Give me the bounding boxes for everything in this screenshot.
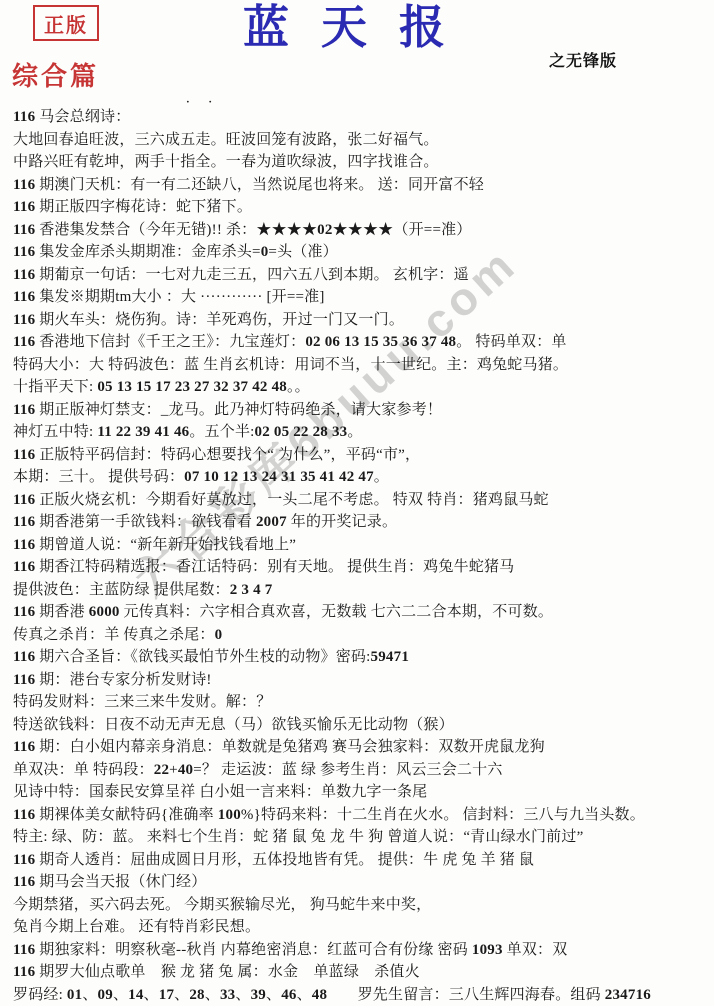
text-line: 116 期正版四字梅花诗：蛇下猪下。 <box>13 196 712 219</box>
text-line: 116 正版火烧玄机：今期看好莫放过，一头二尾不考虑。 特双 特肖：猪鸡鼠马蛇 <box>13 489 712 512</box>
text-line: 116 期香江特码精选报：香江话特码：别有天地。 提供生肖：鸡兔牛蛇猪马 <box>13 556 712 579</box>
text-line: 116 集发※期期tm大小 ：大 ············ [开==准] <box>13 286 712 309</box>
text-line: 特码大小：大 特码波色：蓝 生肖玄机诗：用词不当，十一世纪。主：鸡兔蛇马猪。 <box>13 354 712 377</box>
text-line: 提供波色：主蓝防绿 提供尾数：2 3 4 7 <box>13 579 712 602</box>
text-line: 116 期奇人透肖：屈曲成圆日月形，五体投地皆有凭。 提供：牛 虎 兔 羊 猪 … <box>13 849 712 872</box>
text-line: 116 期曾道人说：“新年新开始找钱看地上” <box>13 534 712 557</box>
text-line: 116 期马会当天报（休门经） <box>13 871 712 894</box>
text-line: 特码发财料：三来三来牛发财。解：？ <box>13 691 712 714</box>
edition-label: 之无锋版 <box>549 48 617 71</box>
text-line: 116 马会总纲诗： <box>13 106 712 129</box>
text-line: 今期禁猪，买六码去死。 今期买猴输尽光， 狗马蛇牛来中奖， <box>13 894 712 917</box>
text-line: 单双决：单 特码段：22+40=？ 走运波：蓝 绿 参考生肖：风云三会二十六 <box>13 759 712 782</box>
text-line: 116 期正版神灯禁支：_龙马。此乃神灯特码绝杀，请大家参考！ <box>13 399 712 422</box>
newspaper-page: 正版 蓝天报 之无锋版 综合篇 · · 六合彩库6buuu.com 116 马会… <box>0 0 714 1006</box>
text-line: 116 正版特平码信封：特码心想要找个“ 为什么”，平码“市”， <box>13 444 712 467</box>
text-line: 兔肖今期上台难。 还有特肖彩民想。 <box>13 916 712 939</box>
text-line: 116 期六合圣旨：《欲钱买最怕节外生枝的动物》密码:59471 <box>13 646 712 669</box>
text-line: 特送欲钱料：日夜不动无声无息（马）欲钱买愉乐无比动物（猴） <box>13 714 712 737</box>
text-line: 116 期：港台专家分析发财诗! <box>13 669 712 692</box>
text-line: 116 期香港第一手欲钱料：欲钱看看 2007 年的开奖记录。 <box>13 511 712 534</box>
text-line: 特主: 绿、防：蓝。 来料七个生肖：蛇 猪 鼠 兔 龙 牛 狗 曾道人说：“青山… <box>13 826 712 849</box>
text-line: 116 香港地下信封《千王之王》：九宝莲灯：02 06 13 15 35 36 … <box>13 331 712 354</box>
text-line: 传真之杀肖：羊 传真之杀尾：0 <box>13 624 712 647</box>
text-line: 116 期香港 6000 元传真料：六字相合真欢喜，无数载 七六二二合本期，不可… <box>13 601 712 624</box>
text-line: 116 期火车头：烧伤狗。诗：羊死鸡伤，开过一门又一门。 <box>13 309 712 332</box>
body-text-block: 116 马会总纲诗： 大地回春追旺波，三六成五走。旺波回笼有波路，张二好福气。 … <box>13 106 712 1006</box>
text-line: 中路兴旺有乾坤，两手十指全。一春为道吹绿波，四字找谁合。 <box>13 151 712 174</box>
text-line: 十指平天下: 05 13 15 17 23 27 32 37 42 48。。 <box>13 376 712 399</box>
text-line: 116 香港集发禁合（今年无错)!! 杀：★★★★02★★★★（开==准） <box>13 219 712 242</box>
text-line: 116 期：白小姐内幕亲身消息：单数就是兔猪鸡 赛马会独家料：双数开虎鼠龙狗 <box>13 736 712 759</box>
text-line: 116 集发金库杀头期期准：金库杀头=0=头（准） <box>13 241 712 264</box>
text-line: 116 期裸体美女献特码{准确率 100%}特码来料：十二生肖在火水。 信封料：… <box>13 804 712 827</box>
text-line: 116 期澳门天机：有一有二还缺八，当然说尾也将来。 送：同开富不轻 <box>13 174 712 197</box>
text-line: 大地回春追旺波，三六成五走。旺波回笼有波路，张二好福气。 <box>13 129 712 152</box>
text-line: 神灯五中特: 11 22 39 41 46。五个半:02 05 22 28 33… <box>13 421 712 444</box>
authentic-stamp: 正版 <box>33 5 99 41</box>
page-title: 蓝天报 <box>243 0 477 56</box>
text-line: 116 期葡京一句话：一七对九走三五，四六五八到本期。 玄机字：遥 <box>13 264 712 287</box>
text-line: 本期：三十。 提供号码：07 10 12 13 24 31 35 41 42 4… <box>13 466 712 489</box>
text-line: 116 期罗大仙点歌单 猴 龙 猪 兔 属：水金 单蓝绿 杀值火 <box>13 961 712 984</box>
text-line: 罗码经: 01、09、14、17、28、33、39、46、48 罗先生留言：三八… <box>13 984 712 1006</box>
section-title: 综合篇 <box>12 56 99 93</box>
text-line: 见诗中特：国泰民安算呈祥 白小姐一言来料：单数九字一条尾 <box>13 781 712 804</box>
text-line: 116 期独家料：明察秋毫--秋肖 内幕绝密消息：红蓝可合有份缘 密码 1093… <box>13 939 712 962</box>
